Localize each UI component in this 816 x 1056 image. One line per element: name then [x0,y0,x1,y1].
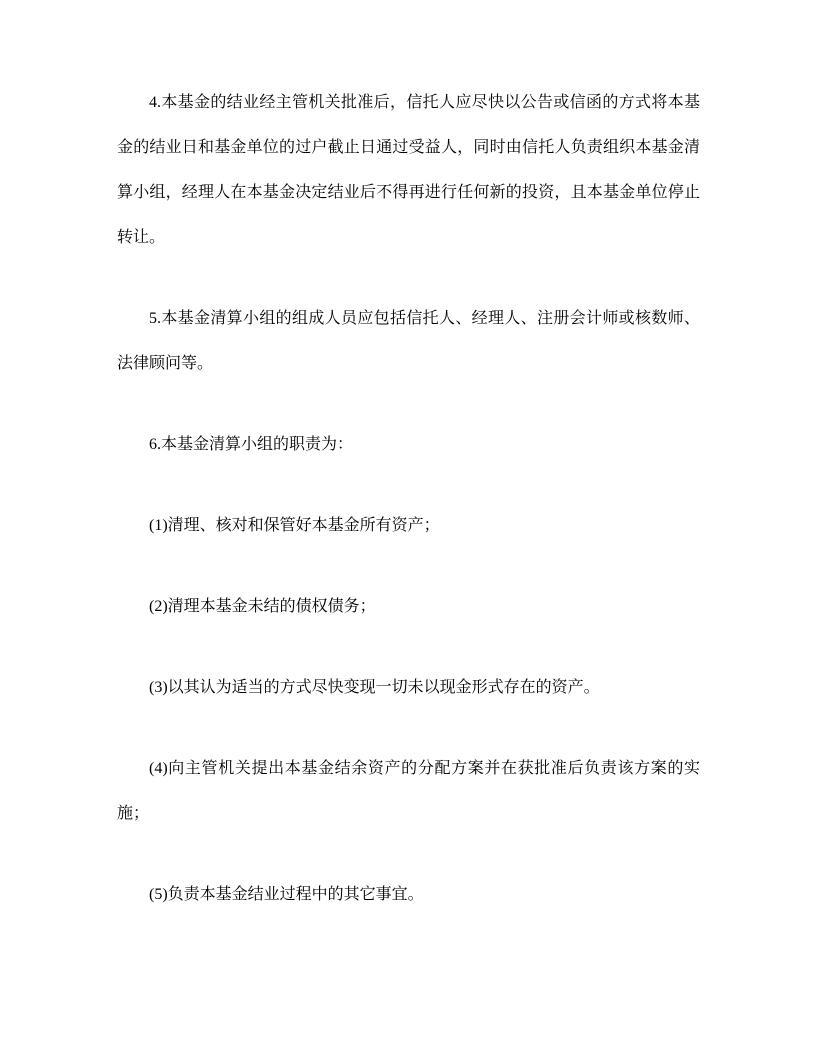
paragraph-clause-6-item-4: (4)向主管机关提出本基金结余资产的分配方案并在获批准后负责该方案的实施； [117,746,700,836]
paragraph-clause-6-item-5: (5)负责本基金结业过程中的其它事宜。 [117,872,700,917]
paragraph-clause-6-item-2: (2)清理本基金未结的债权债务； [117,584,700,629]
paragraph-clause-6-item-1: (1)清理、核对和保管好本基金所有资产； [117,503,700,548]
paragraph-clause-6: 6.本基金清算小组的职责为： [117,422,700,467]
paragraph-clause-6-item-3: (3)以其认为适当的方式尽快变现一切未以现金形式存在的资产。 [117,665,700,710]
document-page: 4.本基金的结业经主管机关批准后，信托人应尽快以公告或信函的方式将本基金的结业日… [0,0,816,1056]
paragraph-clause-5: 5.本基金清算小组的组成人员应包括信托人、经理人、注册会计师或核数师、法律顾问等… [117,296,700,386]
document-body: 4.本基金的结业经主管机关批准后，信托人应尽快以公告或信函的方式将本基金的结业日… [117,80,700,917]
paragraph-clause-4: 4.本基金的结业经主管机关批准后，信托人应尽快以公告或信函的方式将本基金的结业日… [117,80,700,260]
